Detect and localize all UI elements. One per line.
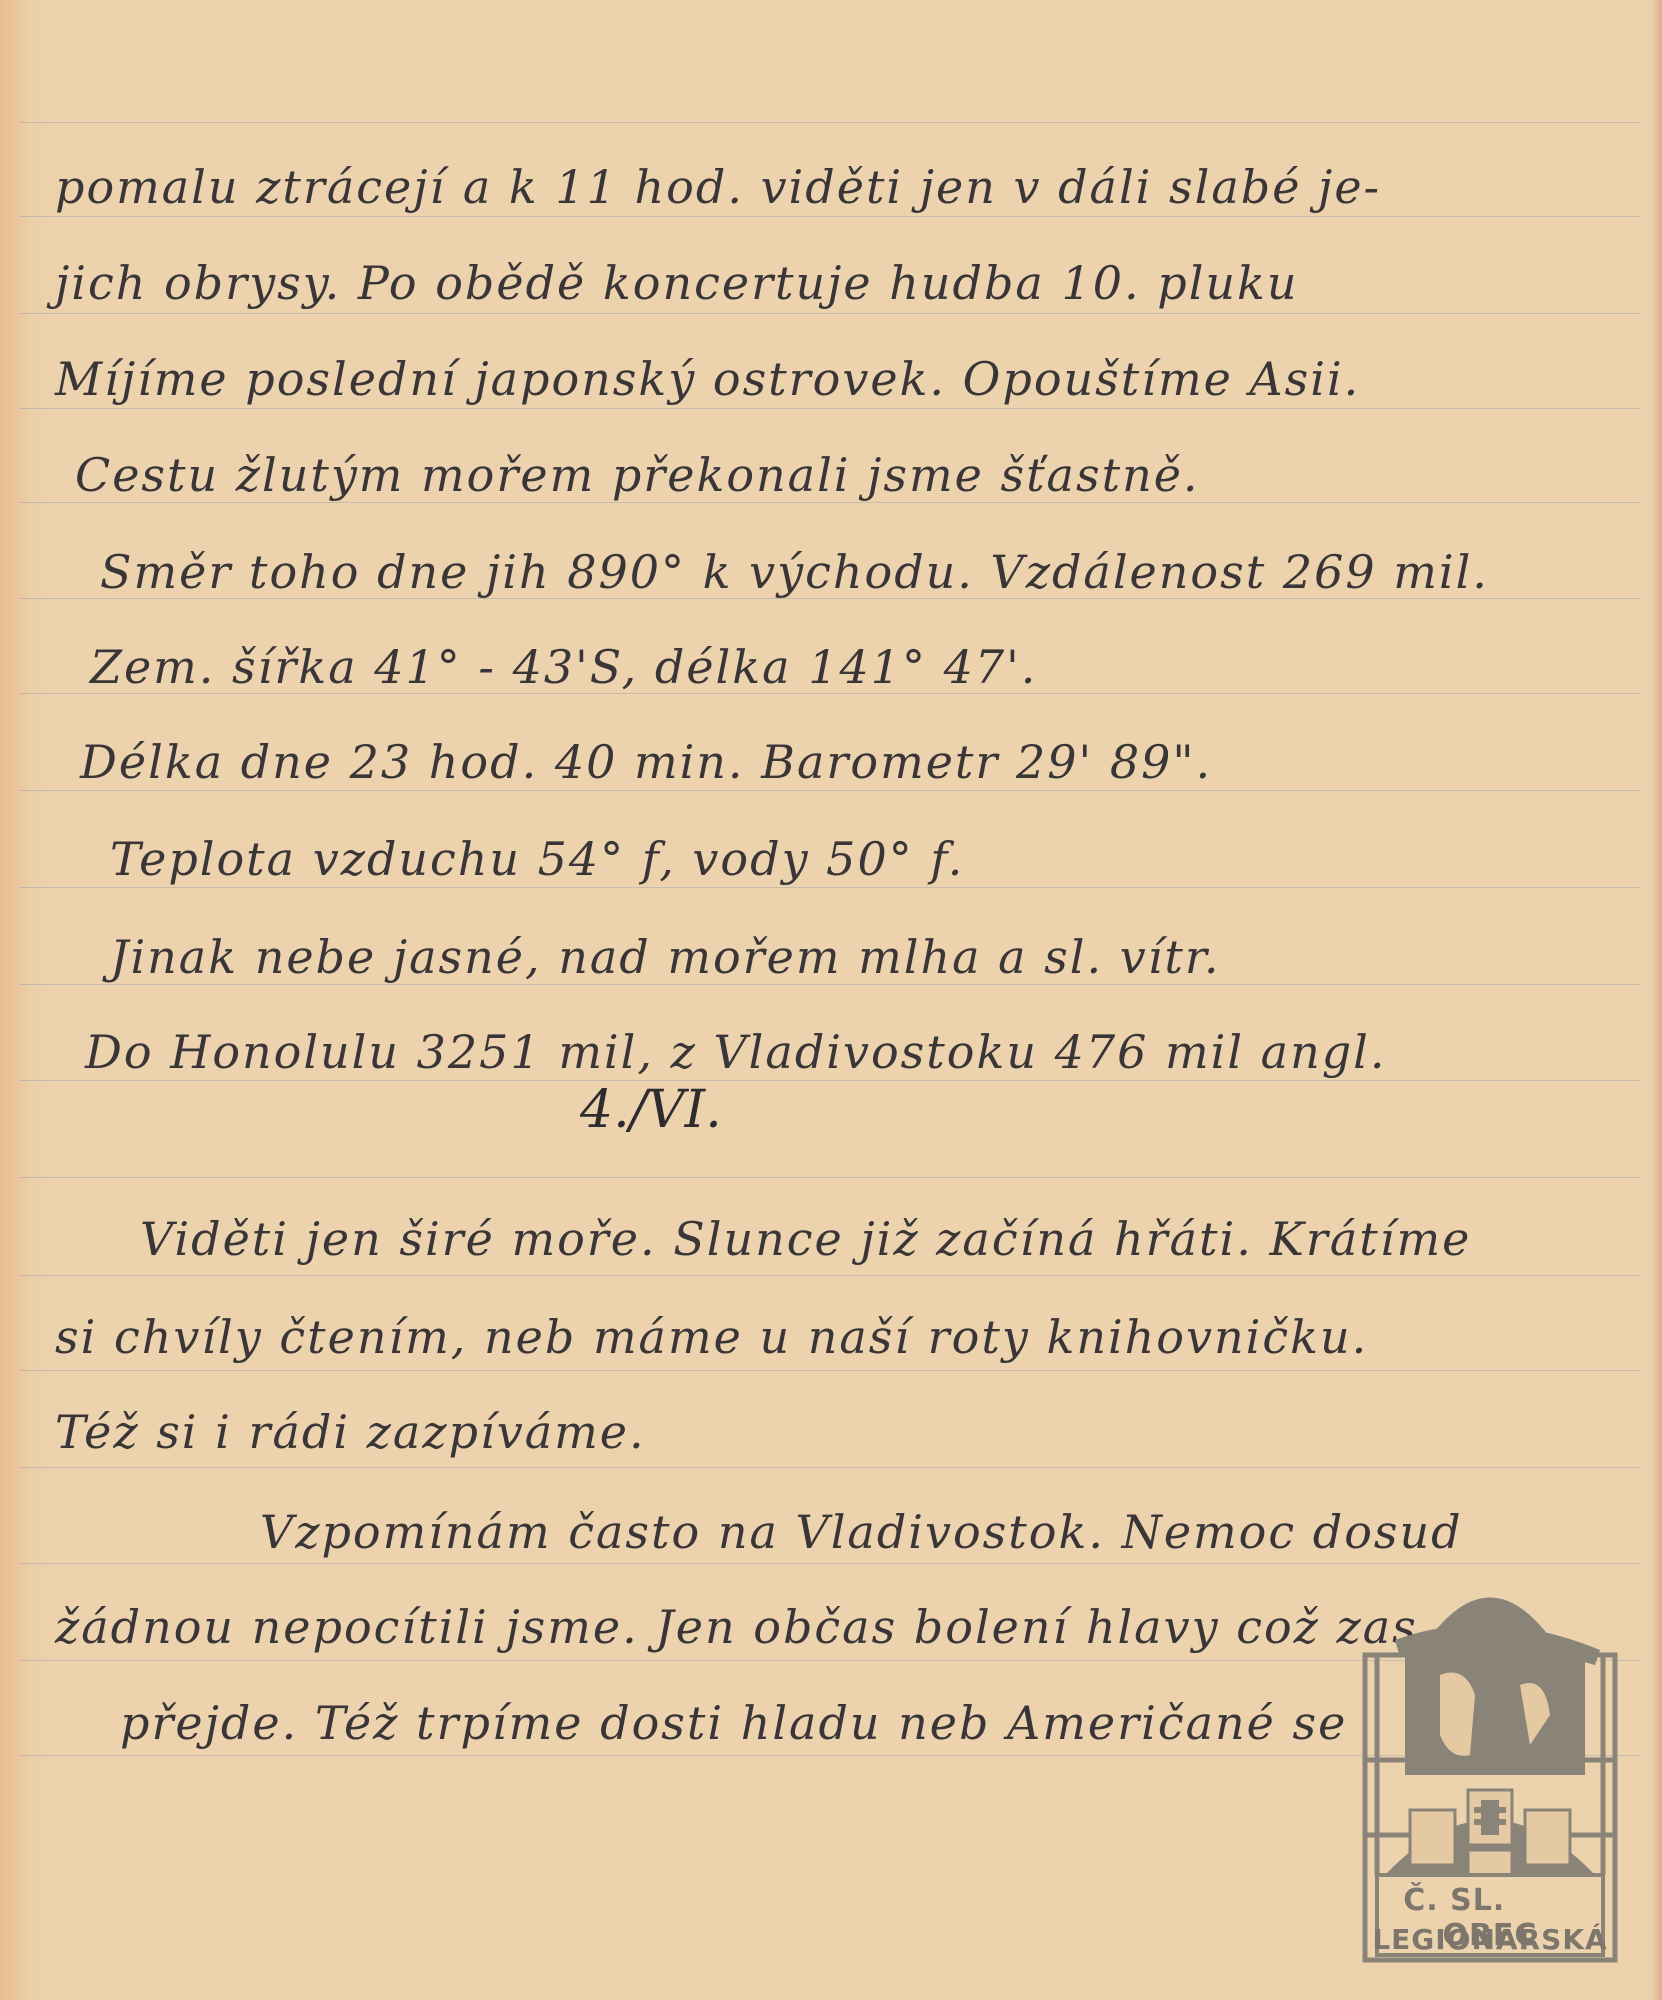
text-line-4: Cestu žlutým mořem překonali jsme šťastn… xyxy=(75,448,1200,502)
stamp-line-2: LEGIONÁŘSKÁ xyxy=(1355,1923,1625,1956)
ruled-line xyxy=(20,984,1640,985)
text-line-16: přejde. Též trpíme dosti hladu neb Ameri… xyxy=(120,1696,1347,1750)
date-heading: 4./VI. xyxy=(580,1080,722,1140)
diary-page: pomalu ztrácejí a k 11 hod. viděti jen v… xyxy=(0,0,1662,2000)
ruled-line xyxy=(20,1275,1640,1276)
ruled-line xyxy=(20,887,1640,888)
text-line-3: Míjíme poslední japonský ostrovek. Opouš… xyxy=(55,352,1360,406)
text-line-1: pomalu ztrácejí a k 11 hod. viděti jen v… xyxy=(55,160,1381,214)
ruled-line xyxy=(20,1177,1640,1178)
text-line-13: Též si i rádi zazpíváme. xyxy=(55,1405,646,1459)
ruled-line xyxy=(20,1370,1640,1371)
ruled-line xyxy=(20,313,1640,314)
ruled-line xyxy=(20,502,1640,503)
stamp-text-left: Č. SL. xyxy=(1403,1883,1505,1918)
text-line-12: si chvíly čtením, neb máme u naší roty k… xyxy=(55,1310,1368,1364)
ruled-line xyxy=(20,1080,1640,1081)
text-line-15: žádnou nepocítili jsme. Jen občas bolení… xyxy=(55,1600,1418,1654)
ruled-line xyxy=(20,1467,1640,1468)
text-line-2: jich obrysy. Po obědě koncertuje hudba 1… xyxy=(55,256,1299,310)
ruled-line xyxy=(20,790,1640,791)
text-line-7: Délka dne 23 hod. 40 min. Barometr 29' 8… xyxy=(80,735,1212,789)
text-line-14: Vzpomínám často na Vladivostok. Nemoc do… xyxy=(260,1505,1463,1559)
ruled-line xyxy=(20,122,1640,123)
legion-stamp: Č. SL. OBEC LEGIONÁŘSKÁ xyxy=(1355,1545,1625,1970)
text-line-8: Teplota vzduchu 54° f, vody 50° f. xyxy=(110,832,964,886)
ruled-line xyxy=(20,408,1640,409)
text-line-11: Viděti jen širé moře. Slunce již začíná … xyxy=(140,1212,1471,1266)
text-line-9: Jinak nebe jasné, nad mořem mlha a sl. v… xyxy=(110,930,1220,984)
text-line-10: Do Honolulu 3251 mil, z Vladivostoku 476… xyxy=(85,1025,1386,1079)
text-line-5: Směr toho dne jih 890° k východu. Vzdále… xyxy=(100,545,1489,599)
text-line-6: Zem. šířka 41° - 43'S, délka 141° 47'. xyxy=(90,640,1037,694)
ruled-line xyxy=(20,216,1640,217)
